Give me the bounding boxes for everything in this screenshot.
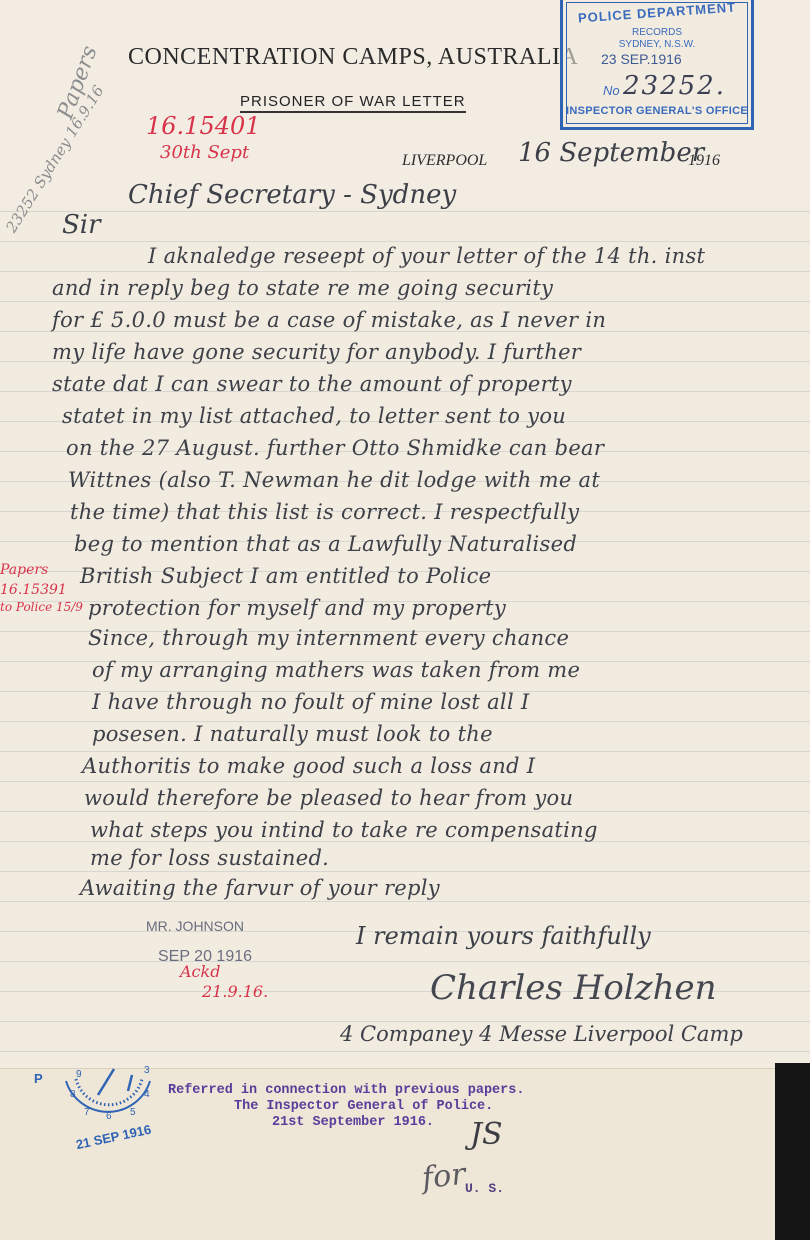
receipt-stamp-name: MR. JOHNSON bbox=[146, 918, 244, 934]
letter-line: what steps you intind to take re compens… bbox=[90, 818, 598, 842]
letter-page: CONCENTRATION CAMPS, AUSTRALIA PRISONER … bbox=[0, 0, 810, 1068]
letter-line: Wittnes (also T. Newman he dit lodge wit… bbox=[68, 468, 600, 492]
letter-line: state dat I can swear to the amount of p… bbox=[52, 372, 572, 396]
svg-text:8: 8 bbox=[70, 1089, 76, 1100]
svg-text:6: 6 bbox=[106, 1111, 112, 1122]
letter-line: for £ 5.0.0 must be a case of mistake, a… bbox=[52, 308, 606, 332]
clock-stamp-letter: P bbox=[34, 1071, 43, 1086]
acknowledged-note: Ackd bbox=[180, 962, 220, 981]
stamp-no-label: No bbox=[603, 83, 620, 98]
letter-year: 1916 bbox=[688, 152, 720, 170]
for-mark: for bbox=[420, 1157, 467, 1196]
referral-line-2: The Inspector General of Police. bbox=[234, 1099, 493, 1114]
svg-text:9: 9 bbox=[76, 1069, 82, 1080]
stamp-number: 23252. bbox=[623, 71, 726, 101]
letter-line: the time) that this list is correct. I r… bbox=[70, 500, 579, 524]
letter-line: I have through no foult of mine lost all… bbox=[92, 690, 530, 714]
red-margin-police: to Police 15/9 bbox=[0, 600, 83, 614]
letter-date: 16 September bbox=[518, 138, 704, 168]
letter-line: me for loss sustained. bbox=[90, 846, 329, 870]
letter-line: my life have gone security for anybody. … bbox=[52, 340, 581, 364]
red-reference-number: 16.15401 bbox=[146, 112, 261, 140]
letter-address: 4 Companey 4 Messe Liverpool Camp bbox=[340, 1022, 743, 1046]
svg-text:7: 7 bbox=[84, 1107, 90, 1118]
letter-line: posesen. I naturally must look to the bbox=[92, 722, 493, 746]
letterhead-subtitle: PRISONER OF WAR LETTER bbox=[240, 93, 466, 113]
letter-line: protection for myself and my property bbox=[88, 596, 506, 620]
letter-line: Authoritis to make good such a loss and … bbox=[82, 754, 535, 778]
letter-line: and in reply beg to state re me going se… bbox=[52, 276, 553, 300]
stamp-date: 23 SEP.1916 bbox=[601, 51, 682, 67]
scan-dark-edge bbox=[775, 1063, 810, 1240]
red-margin-papers: Papers bbox=[0, 562, 48, 578]
svg-text:4: 4 bbox=[144, 1089, 150, 1100]
letter-line: statet in my list attached, to letter se… bbox=[62, 404, 566, 428]
red-margin-number: 16.15391 bbox=[0, 582, 67, 598]
letter-line: Since, through my internment every chanc… bbox=[88, 626, 569, 650]
svg-text:3: 3 bbox=[144, 1065, 150, 1076]
letter-closing: I remain yours faithfully bbox=[356, 922, 651, 950]
letter-line: of my arranging mathers was taken from m… bbox=[92, 658, 580, 682]
red-date-note: 30th Sept bbox=[160, 142, 249, 163]
svg-text:5: 5 bbox=[130, 1107, 136, 1118]
letter-line: on the 27 August. further Otto Shmidke c… bbox=[66, 436, 604, 460]
letter-signature: Charles Holzhen bbox=[430, 968, 717, 1008]
stamp-arc-text: POLICE DEPARTMENT bbox=[573, 0, 742, 26]
stamp-city: SYDNEY, N.S.W. bbox=[563, 39, 751, 50]
letterhead-title: CONCENTRATION CAMPS, AUSTRALIA bbox=[128, 44, 578, 71]
stamp-records: RECORDS bbox=[563, 27, 751, 38]
letter-recipient: Chief Secretary - Sydney bbox=[128, 180, 456, 210]
letter-salutation: Sir bbox=[62, 210, 101, 240]
letter-line: I aknaledge reseept of your letter of th… bbox=[148, 244, 705, 268]
letter-line: British Subject I am entitled to Police bbox=[80, 564, 491, 588]
letter-place: LIVERPOOL bbox=[402, 152, 487, 170]
under-secretary-label: U. S. bbox=[465, 1181, 504, 1196]
referral-sheet: 9 3 8 4 7 6 5 21 SEP 1916 P Referred in … bbox=[0, 1068, 775, 1240]
referral-line-3: 21st September 1916. bbox=[272, 1115, 434, 1130]
svg-text:21 SEP 1916: 21 SEP 1916 bbox=[75, 1122, 153, 1153]
referral-initials: JS bbox=[470, 1117, 503, 1152]
letter-line: beg to mention that as a Lawfully Natura… bbox=[74, 532, 577, 556]
stamp-office: INSPECTOR GENERAL'S OFFICE bbox=[563, 105, 751, 117]
police-department-stamp: POLICE DEPARTMENT RECORDS SYDNEY, N.S.W.… bbox=[560, 0, 754, 130]
letter-line: would therefore be pleased to hear from … bbox=[84, 786, 573, 810]
clock-date-stamp-icon: 9 3 8 4 7 6 5 21 SEP 1916 bbox=[56, 1061, 160, 1165]
acknowledged-date: 21.9.16. bbox=[202, 982, 268, 1001]
referral-line-1: Referred in connection with previous pap… bbox=[168, 1083, 524, 1098]
letter-line: Awaiting the farvur of your reply bbox=[80, 876, 440, 900]
